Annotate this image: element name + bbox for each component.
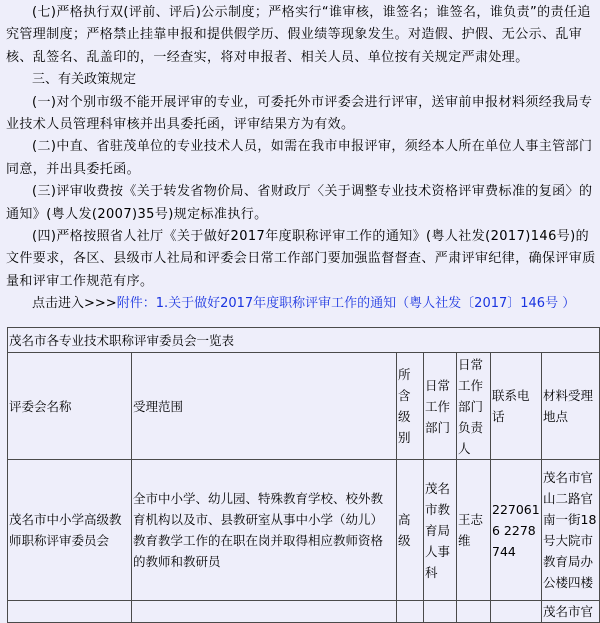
paragraph-3-4: (四)严格按照省人社厅《关于做好2017年度职称评审工作的通知》(粤人社发(20… bbox=[6, 226, 596, 293]
cell-scope bbox=[132, 601, 397, 611]
section-3-heading: 三、有关政策规定 bbox=[6, 69, 596, 91]
header-name: 评委会名称 bbox=[8, 353, 132, 460]
table-header-row: 评委会名称 受理范围 所含级别 日常工作部门 日常工作部门负责人 联系电话 材料… bbox=[8, 353, 600, 460]
attachment-link[interactable]: 附件：1.关于做好2017年度职称评审工作的通知（粤人社发〔2017〕146号 … bbox=[117, 296, 576, 311]
cell-level: 高级 bbox=[397, 460, 424, 601]
article-body: (七)严格执行双(评前、评后)公示制度；严格实行“谁审核，谁签名；谁签名，谁负责… bbox=[6, 2, 596, 315]
header-scope: 受理范围 bbox=[132, 353, 397, 460]
cell-name bbox=[8, 601, 132, 611]
cell-head: 王志维 bbox=[457, 460, 491, 601]
paragraph-3-2: (二)中直、省驻茂单位的专业技术人员，如需在我市申报评审，须经本人所在单位人事主… bbox=[6, 136, 596, 181]
cell-level bbox=[397, 601, 424, 611]
header-department: 日常工作部门 bbox=[424, 353, 457, 460]
header-phone: 联系电话 bbox=[491, 353, 542, 460]
cell-phone bbox=[491, 601, 542, 611]
cell-name: 茂名市中小学高级教师职称评审委员会 bbox=[8, 460, 132, 601]
cell-head bbox=[457, 601, 491, 611]
cell-location: 茂名市官山二路官南一街18号大院市教育局办公楼四楼 bbox=[542, 460, 600, 601]
attachment-prefix: 点击进入>>> bbox=[32, 296, 117, 311]
cell-location: 茂名市官 bbox=[542, 601, 600, 611]
table-caption: 茂名市各专业技术职称评审委员会一览表 bbox=[8, 328, 600, 353]
paragraph-7: (七)严格执行双(评前、评后)公示制度；严格实行“谁审核，谁签名；谁签名，谁负责… bbox=[6, 2, 596, 69]
paragraph-3-1: (一)对个别市级不能开展评审的专业，可委托外市评委会进行评审，送审前申报材料须经… bbox=[6, 92, 596, 137]
attachment-line: 点击进入>>>附件：1.关于做好2017年度职称评审工作的通知（粤人社发〔201… bbox=[6, 293, 596, 315]
header-head: 日常工作部门负责人 bbox=[457, 353, 491, 460]
header-location: 材料受理地点 bbox=[542, 353, 600, 460]
table-row: 茂名市中小学高级教师职称评审委员会 全市中小学、幼儿园、特殊教育学校、校外教育机… bbox=[8, 460, 600, 601]
cell-department: 茂名市教育局人事科 bbox=[424, 460, 457, 601]
cell-department bbox=[424, 601, 457, 611]
cell-phone: 2270616 2278744 bbox=[491, 460, 542, 601]
cell-scope: 全市中小学、幼儿园、特殊教育学校、校外教育机构以及市、县教研室从事中小学（幼儿）… bbox=[132, 460, 397, 601]
committee-table: 茂名市各专业技术职称评审委员会一览表 评委会名称 受理范围 所含级别 日常工作部… bbox=[7, 327, 600, 610]
header-level: 所含级别 bbox=[397, 353, 424, 460]
table-row: 茂名市官 bbox=[8, 601, 600, 611]
paragraph-3-3: (三)评审收费按《关于转发省物价局、省财政厅〈关于调整专业技术资格评审费标准的复… bbox=[6, 181, 596, 226]
